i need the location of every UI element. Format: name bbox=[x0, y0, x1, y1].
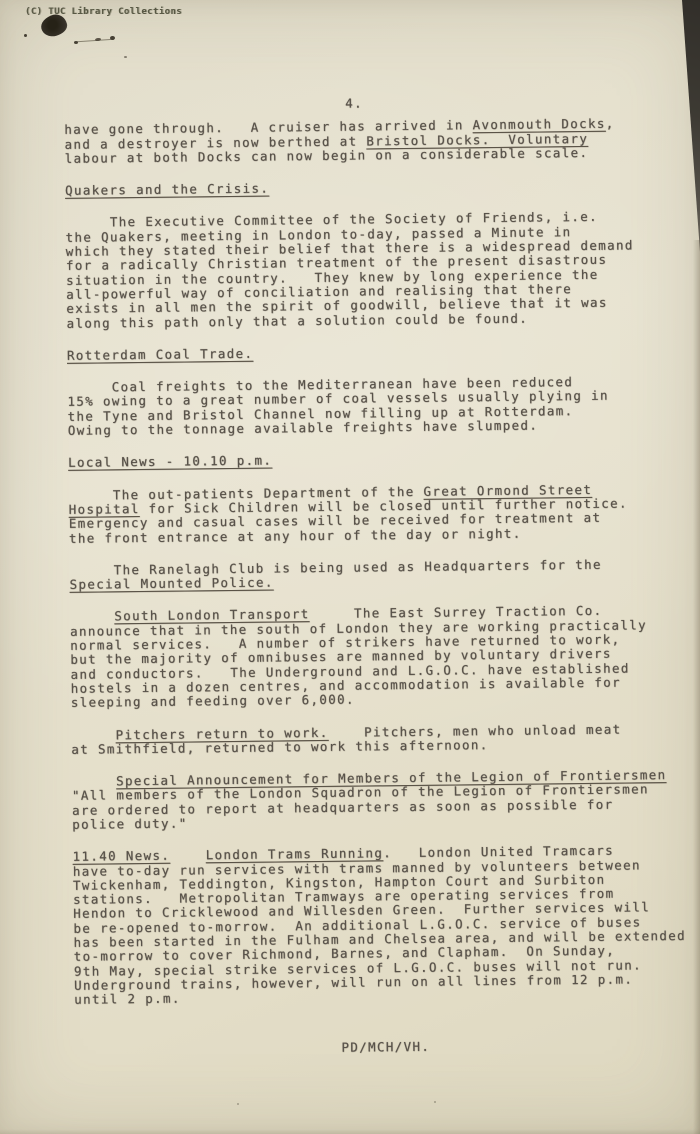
paragraph-coal-freights: Coal freights to the Mediterranean have … bbox=[67, 374, 700, 438]
ink-speck bbox=[95, 38, 101, 42]
page-edge-shadow-bottom bbox=[0, 1129, 700, 1134]
text-line: Quakers and the Crisis. bbox=[65, 177, 697, 198]
ink-speck bbox=[124, 56, 127, 58]
reference-initials: PD/MCH/VH. bbox=[75, 1036, 697, 1057]
paragraph-trams-running: 11.40 News. London Trams Running. London… bbox=[73, 843, 700, 1007]
paragraph-docks: have gone through. A cruiser has arrived… bbox=[64, 116, 696, 166]
heading-quakers: Quakers and the Crisis. bbox=[65, 177, 697, 198]
text-line: Rotterdam Coal Trade. bbox=[67, 342, 699, 363]
text-line: Local News - 10.10 p.m. bbox=[68, 449, 700, 470]
ink-speck bbox=[434, 1101, 436, 1103]
page-number: 4. bbox=[64, 93, 644, 114]
paragraph-ranelagh-club: The Ranelagh Club is being used as Headq… bbox=[69, 556, 700, 592]
heading-local-news: Local News - 10.10 p.m. bbox=[68, 449, 700, 470]
paragraph-pitchers: Pitchers return to work. Pitchers, men w… bbox=[71, 721, 700, 757]
heading-rotterdam-coal-trade: Rotterdam Coal Trade. bbox=[67, 342, 699, 363]
paragraph-south-london-transport: South London Transport The East Surrey T… bbox=[70, 603, 700, 710]
paragraph-legion-of-frontiersmen: Special Announcement for Members of the … bbox=[72, 768, 700, 832]
ink-speck bbox=[74, 41, 78, 44]
paragraph-hospital: The out-patients Department of the Great… bbox=[68, 481, 700, 545]
paragraph-quakers: The Executive Committee of the Society o… bbox=[65, 209, 698, 331]
typewritten-page: 4. have gone through. A cruiser has arri… bbox=[64, 93, 700, 1058]
ink-speck bbox=[24, 34, 27, 37]
ink-speck bbox=[237, 1103, 239, 1105]
document-body: have gone through. A cruiser has arrived… bbox=[64, 116, 700, 1007]
ink-speck bbox=[110, 36, 115, 40]
